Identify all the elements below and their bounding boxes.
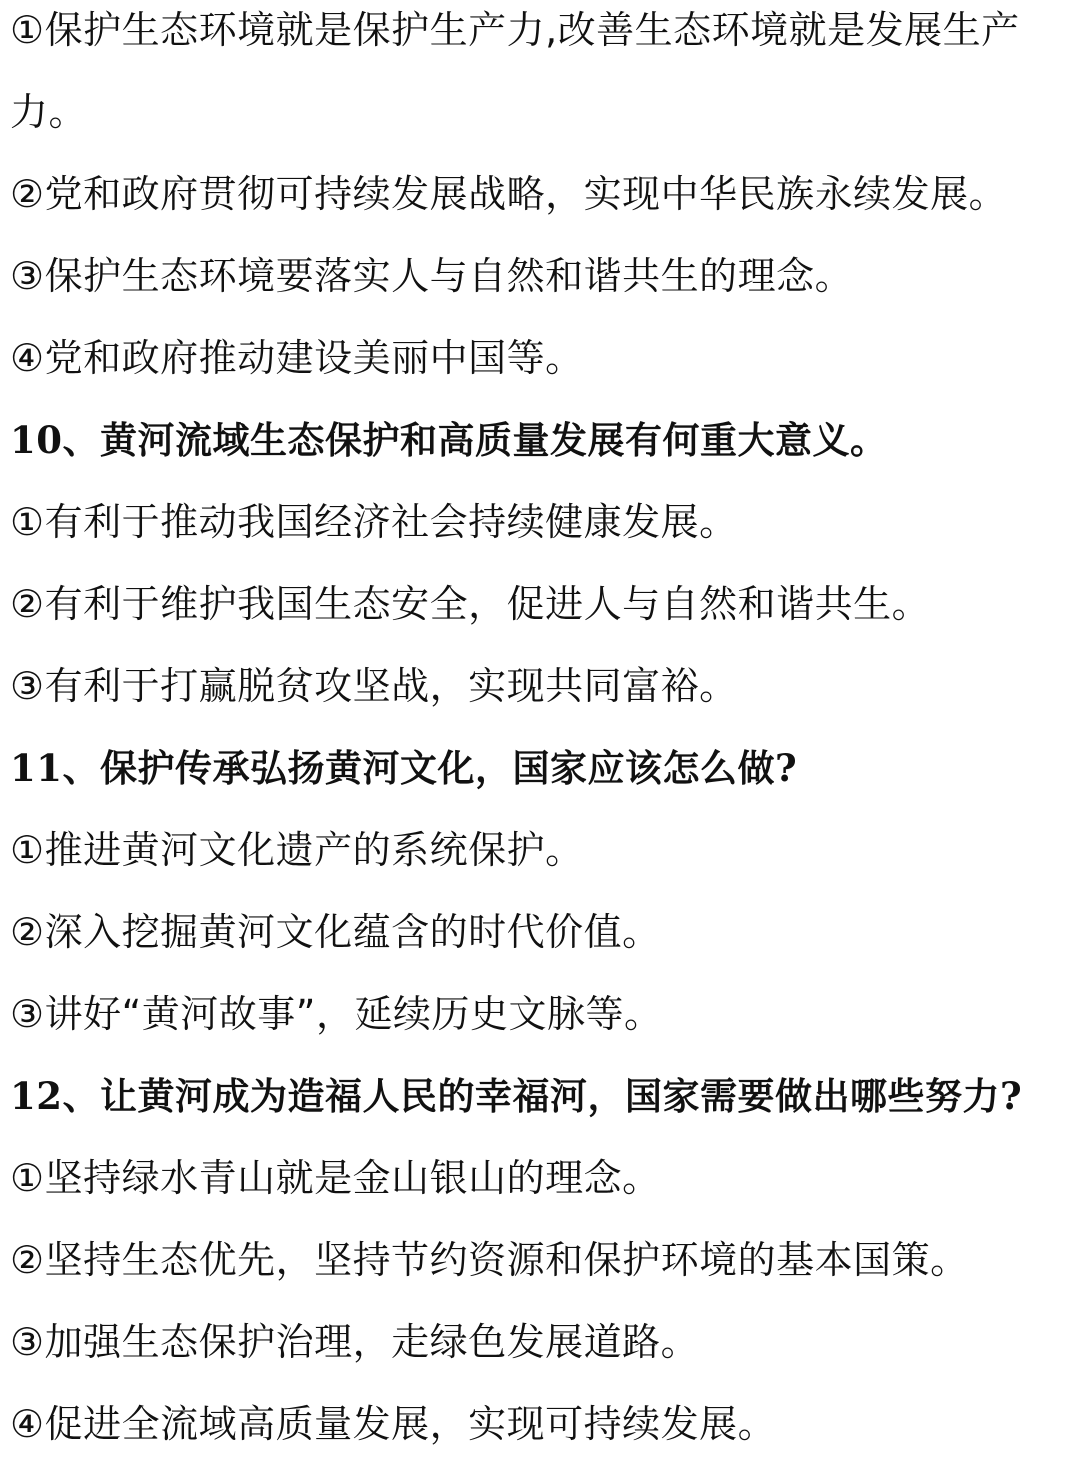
list-item: ③保护生态环境要落实人与自然和谐共生的理念。 [10,251,853,301]
list-item: ①有利于推动我国经济社会持续健康发展。 [10,497,738,547]
list-item: ②深入挖掘黄河文化蕴含的时代价值。 [10,907,661,957]
list-item: ④促进全流域高质量发展，实现可持续发展。 [10,1399,776,1449]
question-heading: 11、保护传承弘扬黄河文化，国家应该怎么做? [10,743,797,793]
question-heading: 12、让黄河成为造福人民的幸福河，国家需要做出哪些努力? [10,1071,1022,1121]
list-item: ③有利于打赢脱贫攻坚战，实现共同富裕。 [10,661,738,711]
list-item: ②党和政府贯彻可持续发展战略，实现中华民族永续发展。 [10,169,1007,219]
list-item: ③讲好“黄河故事”，延续历史文脉等。 [10,989,662,1039]
list-item: ②坚持生态优先，坚持节约资源和保护环境的基本国策。 [10,1235,969,1285]
list-item: ③加强生态保护治理，走绿色发展道路。 [10,1317,699,1367]
list-item: 力。 [10,87,87,137]
list-item: ①保护生态环境就是保护生产力,改善生态环境就是发展生产 [10,5,1020,55]
question-heading: 10、黄河流域生态保护和高质量发展有何重大意义。 [10,415,888,465]
list-item: ②有利于维护我国生态安全，促进人与自然和谐共生。 [10,579,930,629]
list-item: ①坚持绿水青山就是金山银山的理念。 [10,1153,661,1203]
list-item: ①推进黄河文化遗产的系统保护。 [10,825,584,875]
list-item: ④党和政府推动建设美丽中国等。 [10,333,584,383]
